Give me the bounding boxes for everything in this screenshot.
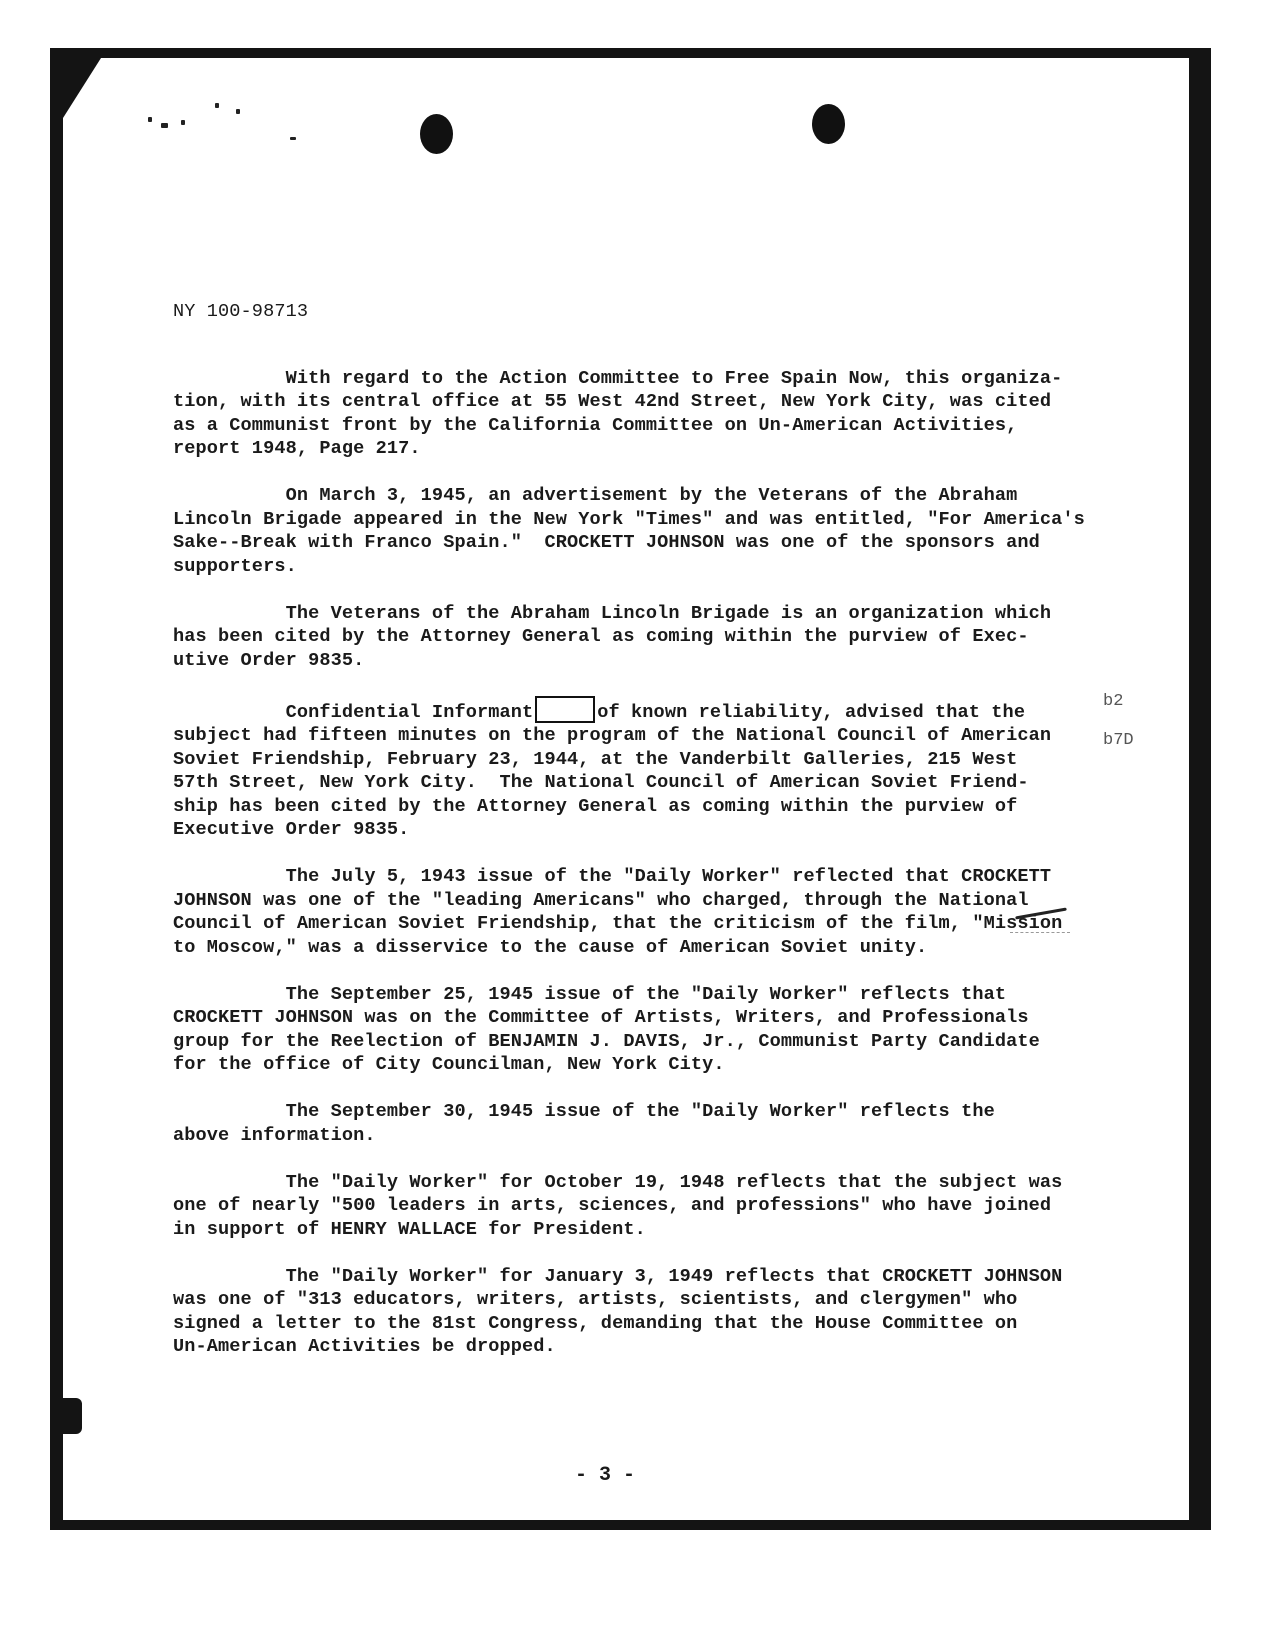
scan-speck [148, 117, 152, 122]
paragraph-jan-1949: The "Daily Worker" for January 3, 1949 r… [173, 1265, 1093, 1359]
paragraph-informant: Confidential Informantof known reliabili… [173, 696, 1093, 842]
paragraph-advertisement: On March 3, 1945, an advertisement by th… [173, 484, 1093, 578]
paragraph-sept-30-1945: The September 30, 1945 issue of the "Dai… [173, 1100, 1093, 1147]
exemption-code-b2: b2 [1103, 692, 1123, 711]
punch-hole [420, 114, 453, 154]
scan-speck [215, 103, 219, 108]
paragraph-july-1943: The July 5, 1943 issue of the "Daily Wor… [173, 865, 1093, 959]
page-number: - 3 - [575, 1464, 635, 1487]
document-body: NY 100-98713 With regard to the Action C… [173, 300, 1093, 1382]
scan-speck [161, 123, 168, 128]
scan-speck [290, 137, 296, 140]
torn-corner [63, 58, 101, 118]
punch-hole [812, 104, 845, 144]
redaction-box [535, 696, 595, 723]
file-number: NY 100-98713 [173, 300, 1093, 324]
paragraph-action-committee: With regard to the Action Committee to F… [173, 367, 1093, 461]
paragraph-veterans: The Veterans of the Abraham Lincoln Brig… [173, 602, 1093, 673]
paragraph-oct-1948: The "Daily Worker" for October 19, 1948 … [173, 1171, 1093, 1242]
paragraph-sept-25-1945: The September 25, 1945 issue of the "Dai… [173, 983, 1093, 1077]
pen-mark-trail [1010, 932, 1070, 934]
scan-speck [236, 109, 240, 114]
scan-edge-artifact [60, 1398, 82, 1434]
scan-speck [181, 120, 185, 125]
exemption-code-b7d: b7D [1103, 731, 1134, 750]
